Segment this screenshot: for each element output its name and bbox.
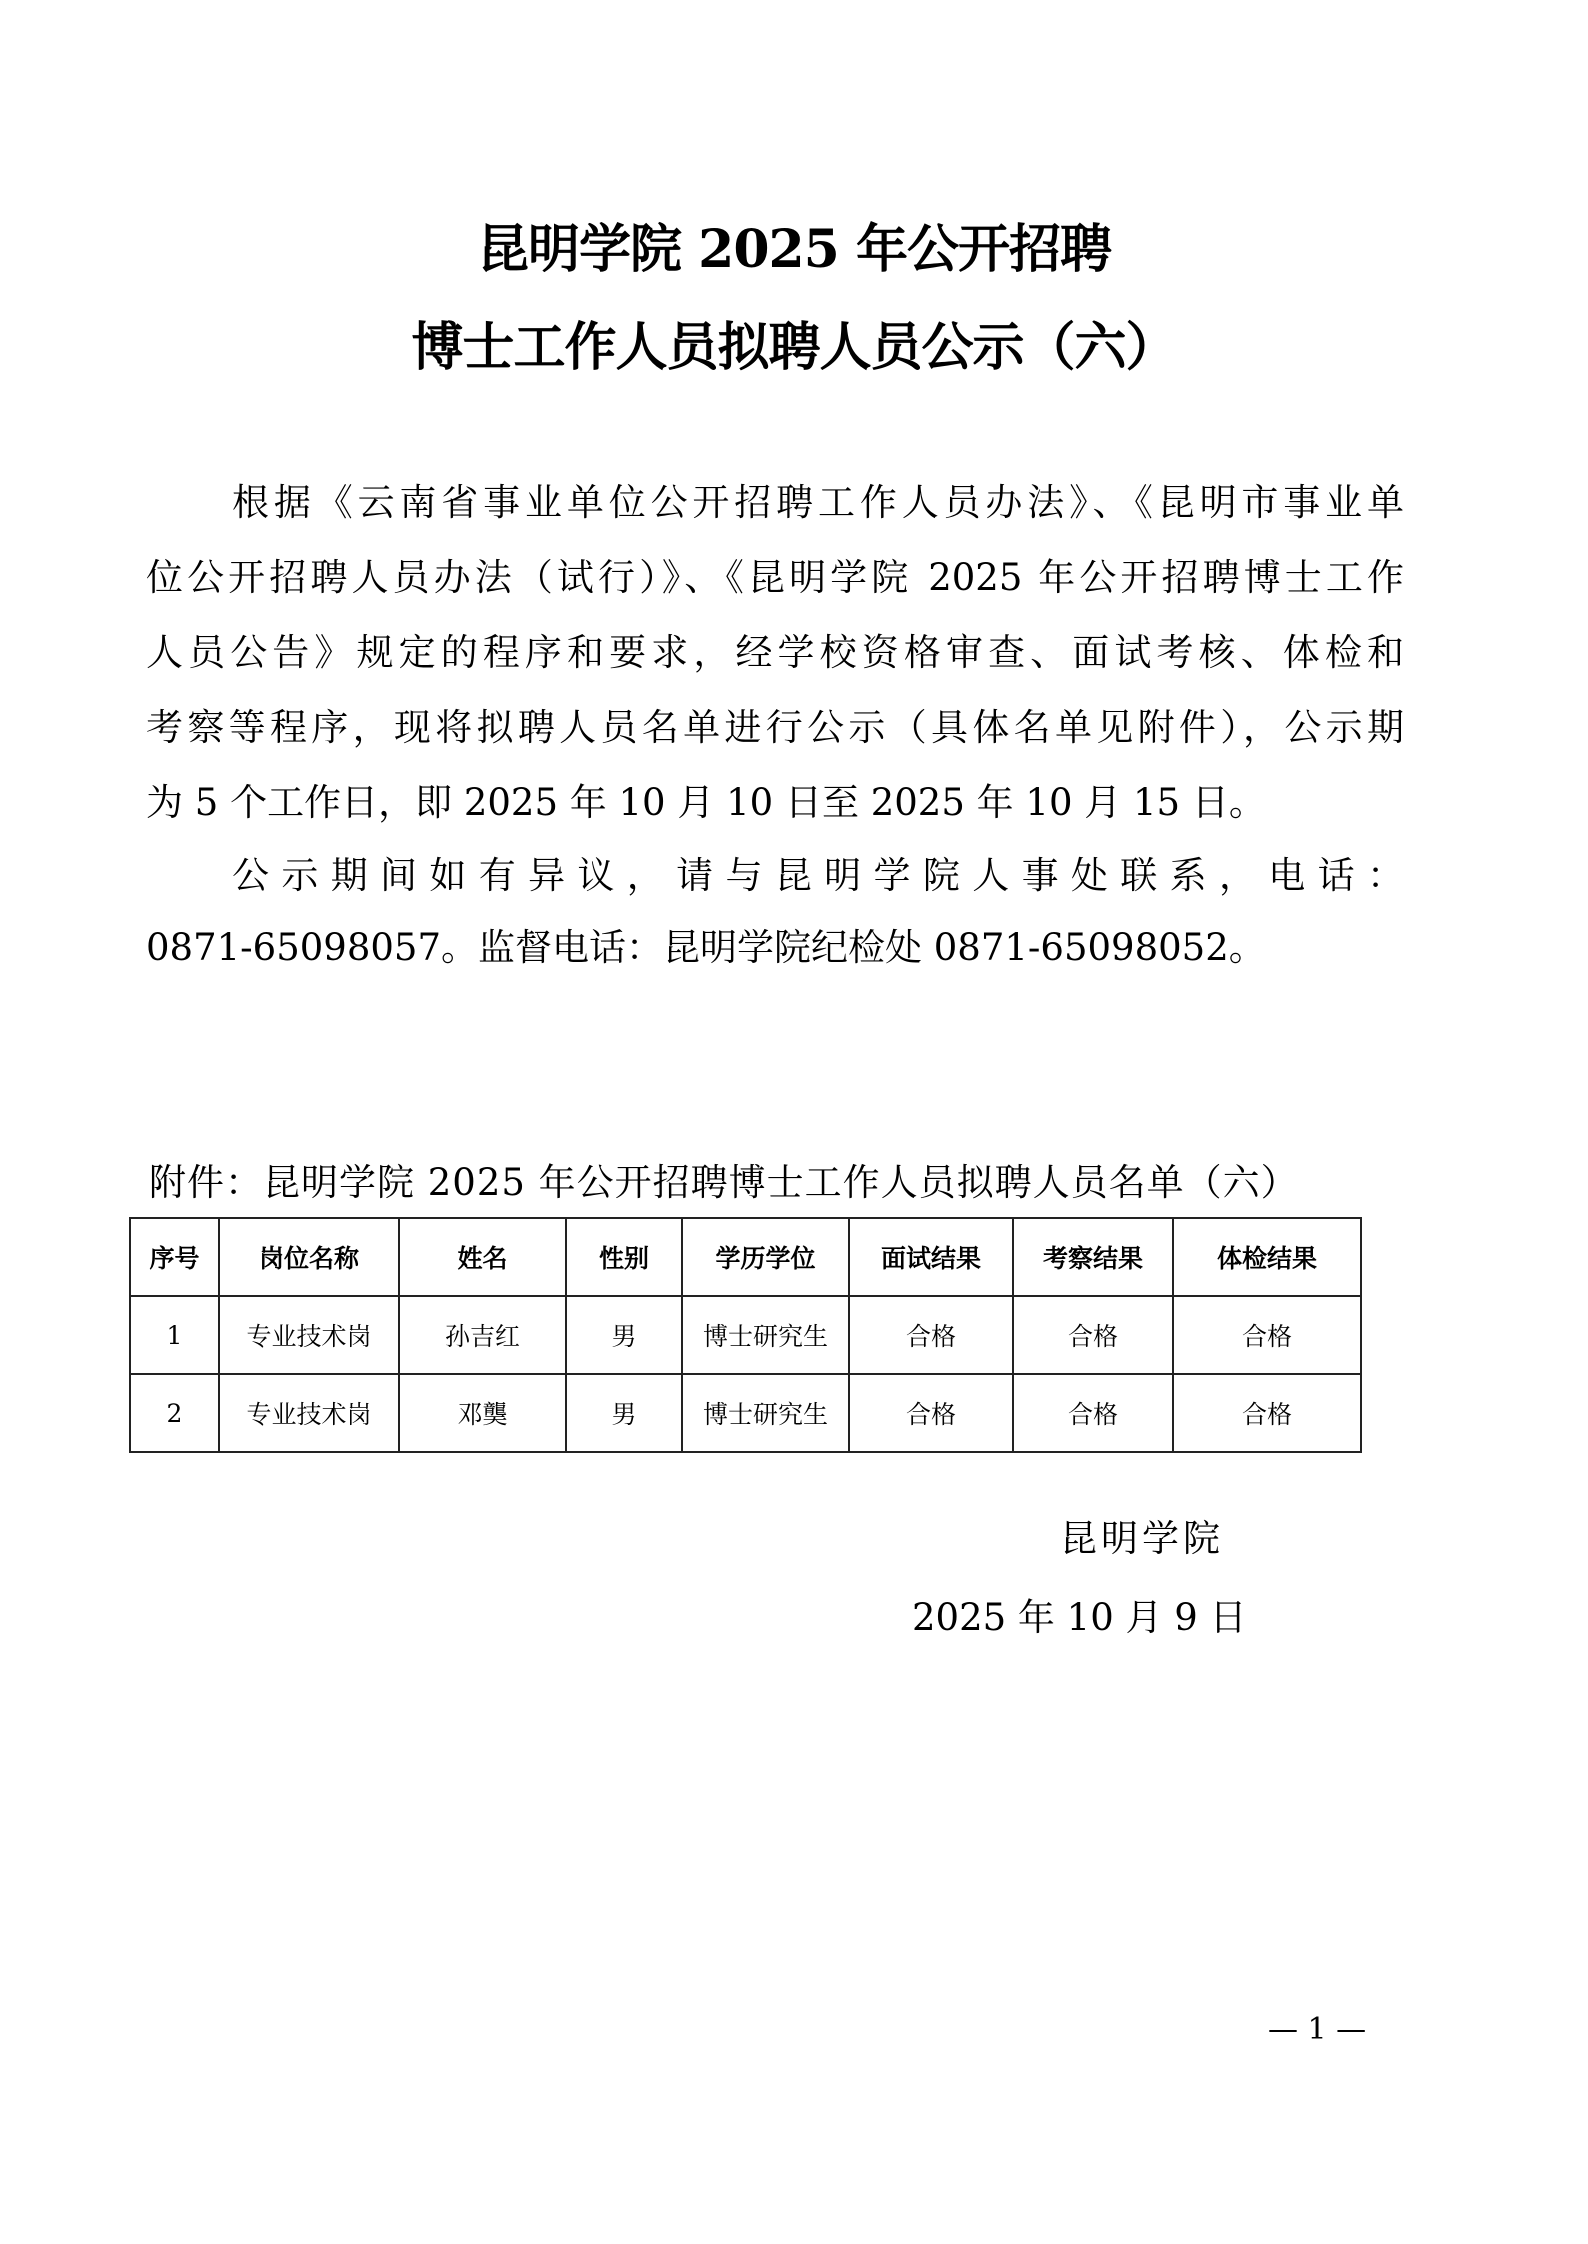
page-title-line-2: 博士工作人员拟聘人员公示（六） [0,322,1588,374]
paragraph-line: 考察等程序，现将拟聘人员名单进行公示（具体名单见附件），公示期 [146,709,1404,746]
table-row: 2 专业技术岗 邓龑 男 博士研究生 合格 合格 合格 [130,1374,1361,1452]
cell-gender: 男 [566,1296,682,1374]
annex-title: 附件：昆明学院 2025 年公开招聘博士工作人员拟聘人员名单（六） [149,1164,1299,1201]
table-header-row: 序号 岗位名称 姓名 性别 学历学位 面试结果 考察结果 体检结果 [130,1218,1361,1296]
cell-degree: 博士研究生 [682,1296,849,1374]
cell-index: 1 [130,1296,219,1374]
cell-position: 专业技术岗 [219,1296,399,1374]
header-inspection-result: 考察结果 [1013,1218,1173,1296]
header-index: 序号 [130,1218,219,1296]
header-interview-result: 面试结果 [849,1218,1013,1296]
cell-interview-result: 合格 [849,1296,1013,1374]
paragraph-line: 0871-65098057。监督电话：昆明学院纪检处 0871-65098052… [146,929,1404,966]
cell-name: 孙吉红 [399,1296,566,1374]
header-gender: 性别 [566,1218,682,1296]
cell-gender: 男 [566,1374,682,1452]
cell-degree: 博士研究生 [682,1374,849,1452]
paragraph-line: 根据《云南省事业单位公开招聘工作人员办法》、《昆明市事业单 [232,484,1404,521]
page-title-line-1: 昆明学院 2025 年公开招聘 [0,224,1588,276]
paragraph-line: 公示期间如有异议，请与昆明学院人事处联系，电话： [232,857,1404,894]
cell-interview-result: 合格 [849,1374,1013,1452]
header-degree: 学历学位 [682,1218,849,1296]
candidate-table: 序号 岗位名称 姓名 性别 学历学位 面试结果 考察结果 体检结果 1 专业技术… [129,1217,1362,1453]
table-row: 1 专业技术岗 孙吉红 男 博士研究生 合格 合格 合格 [130,1296,1361,1374]
paragraph-line: 人员公告》规定的程序和要求，经学校资格审查、面试考核、体检和 [146,634,1404,671]
paragraph-line: 为 5 个工作日，即 2025 年 10 月 10 日至 2025 年 10 月… [146,784,1404,821]
header-name: 姓名 [399,1218,566,1296]
cell-name: 邓龑 [399,1374,566,1452]
header-medical-result: 体检结果 [1173,1218,1361,1296]
page-number: — 1 — [1268,2015,1366,2045]
cell-inspection-result: 合格 [1013,1296,1173,1374]
signature-date: 2025 年 10 月 9 日 [912,1599,1247,1636]
signature-organization: 昆明学院 [1060,1520,1224,1557]
cell-medical-result: 合格 [1173,1296,1361,1374]
paragraph-line: 位公开招聘人员办法（试行）》、《昆明学院 2025 年公开招聘博士工作 [146,559,1404,596]
header-position: 岗位名称 [219,1218,399,1296]
cell-position: 专业技术岗 [219,1374,399,1452]
cell-index: 2 [130,1374,219,1452]
cell-inspection-result: 合格 [1013,1374,1173,1452]
cell-medical-result: 合格 [1173,1374,1361,1452]
